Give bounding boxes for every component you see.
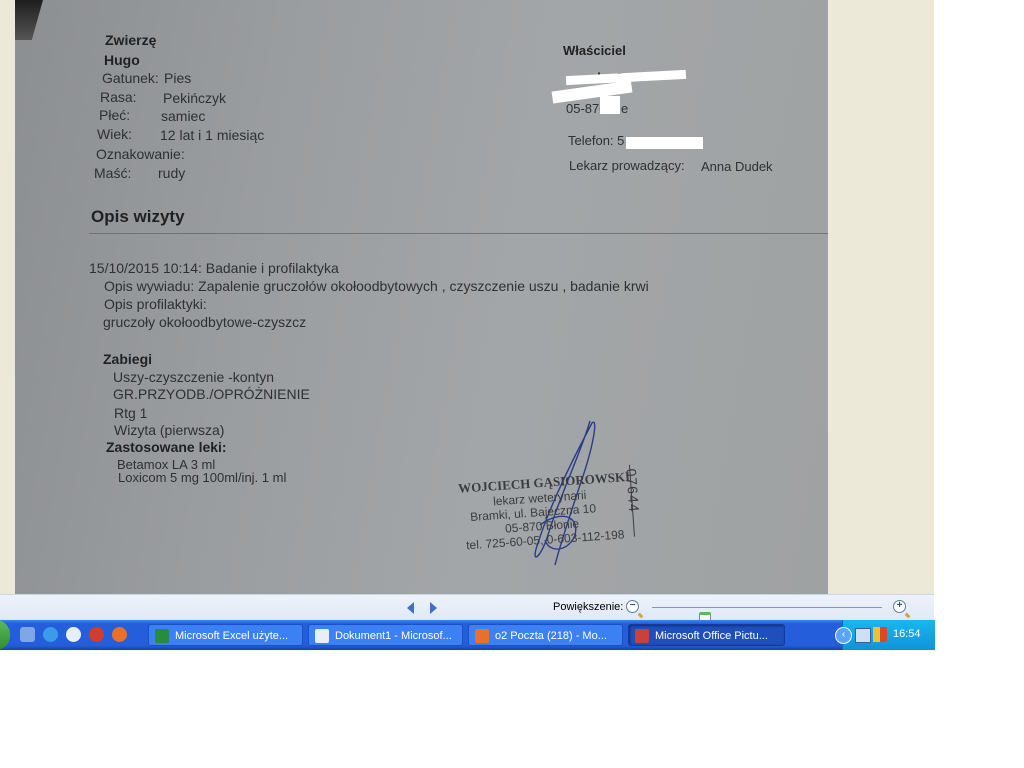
show-desktop-icon[interactable] [20, 627, 35, 642]
taskbar-button[interactable]: Dokument1 - Microsof... [308, 624, 463, 646]
doctor-name: Anna Dudek [701, 159, 773, 174]
photo-dark-edge [15, 0, 43, 40]
field-value-sex: samiec [161, 108, 205, 124]
zoom-label: Powiększenie: [553, 601, 623, 613]
redaction-mark [600, 96, 620, 114]
doctor-label: Lekarz prowadzący: [569, 158, 685, 173]
visit-entry-header: 15/10/2015 10:14: Badanie i profilaktyka [89, 260, 339, 276]
redaction-mark [626, 137, 703, 149]
procedure-item: Wizyta (pierwsza) [114, 422, 224, 438]
visit-history: Opis wywiadu: Zapalenie gruczołów okołoo… [104, 278, 649, 294]
zoom-slider[interactable] [652, 607, 882, 608]
taskbar-button-label: Microsoft Excel użyte... [175, 630, 288, 642]
firefox-icon[interactable] [112, 627, 127, 642]
animal-heading: Zwierzę [105, 32, 156, 48]
field-label-sex: Płeć: [99, 107, 130, 123]
stamp-license-number: 07644 [623, 468, 642, 513]
document-photo: Zwierzę Hugo Gatunek: Pies Rasa: Pekińcz… [15, 0, 828, 594]
section-divider [89, 233, 828, 234]
taskbar-button[interactable]: o2 Poczta (218) - Mo... [468, 624, 623, 646]
zoom-out-icon[interactable]: − [626, 600, 639, 613]
drug-item: Loxicom 5 mg 100ml/inj. 1 ml [118, 470, 286, 485]
field-value-species: Pies [164, 70, 191, 86]
prophylaxis-value: gruczoły okołoodbytowe-czyszcz [103, 314, 306, 330]
tray-app-icon[interactable] [873, 627, 887, 642]
taskbar: Microsoft Excel użyte...Dokument1 - Micr… [0, 620, 934, 650]
taskbar-button[interactable]: Microsoft Office Pictu... [628, 624, 785, 646]
field-value-breed: Pekińczyk [163, 90, 226, 106]
procedure-item: GR.PRZYODB./OPRÓŻNIENIE [113, 386, 310, 402]
field-label-species: Gatunek: [102, 70, 159, 86]
word-icon [315, 629, 329, 643]
animal-name: Hugo [104, 52, 140, 68]
chevron-left-icon[interactable]: ‹ [835, 627, 852, 644]
system-tray: ‹ 16:54 [842, 620, 935, 650]
next-picture-button[interactable] [430, 602, 437, 614]
procedure-item: Rtg 1 [114, 405, 147, 421]
internet-explorer-icon[interactable] [43, 627, 58, 642]
owner-phone-label: Telefon: 5 [568, 133, 624, 148]
previous-picture-button[interactable] [407, 602, 414, 614]
firefox-icon [475, 629, 489, 643]
field-value-color: rudy [158, 165, 185, 181]
procedure-item: Uszy-czyszczenie -kontyn [113, 369, 274, 385]
field-label-age: Wiek: [97, 126, 132, 142]
field-label-breed: Rasa: [100, 89, 137, 105]
taskbar-button-label: Microsoft Office Pictu... [655, 630, 768, 642]
taskbar-button-label: Dokument1 - Microsof... [335, 630, 452, 642]
drugs-heading: Zastosowane leki: [106, 439, 227, 455]
owner-address-suffix: e [621, 101, 628, 116]
taskbar-button[interactable]: Microsoft Excel użyte... [148, 624, 303, 646]
procedures-heading: Zabiegi [103, 351, 152, 367]
browser-red-icon[interactable] [89, 627, 104, 642]
excel-icon [155, 629, 169, 643]
prophylaxis-label: Opis profilaktyki: [104, 296, 207, 312]
visit-heading: Opis wizyty [91, 207, 185, 227]
clock[interactable]: 16:54 [893, 628, 921, 640]
owner-heading: Właściciel [563, 43, 626, 58]
picture-manager-icon [635, 629, 649, 643]
field-label-marking: Oznakowanie: [96, 146, 185, 162]
field-label-color: Maść: [94, 165, 131, 181]
field-value-age: 12 lat i 1 miesiąc [160, 127, 264, 143]
network-icon[interactable] [855, 628, 871, 643]
zoom-in-icon[interactable]: + [893, 600, 906, 613]
taskbar-button-label: o2 Poczta (218) - Mo... [495, 630, 607, 642]
picture-viewer-canvas: Zwierzę Hugo Gatunek: Pies Rasa: Pekińcz… [0, 0, 934, 594]
viewer-toolbar: Powiększenie: − + [0, 594, 934, 621]
media-player-icon[interactable] [66, 627, 81, 642]
start-button[interactable] [0, 620, 10, 650]
